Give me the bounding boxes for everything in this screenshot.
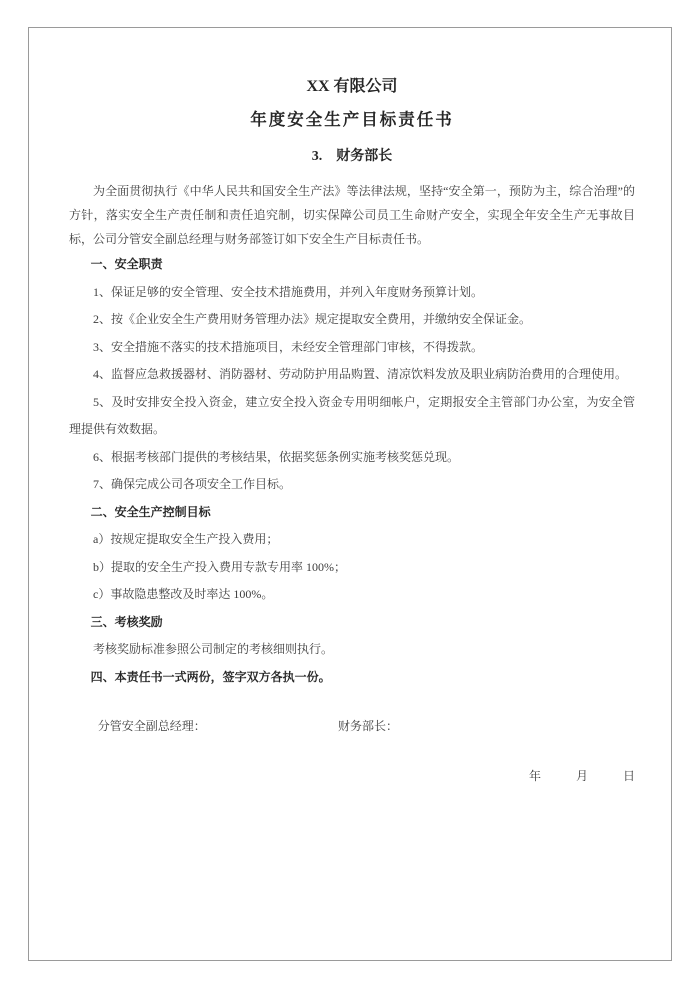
- duty-item: 5、及时安排安全投入资金，建立安全投入资金专用明细帐户，定期报安全主管部门办公室…: [69, 389, 635, 444]
- part2-heading: 二、安全生产控制目标: [69, 499, 635, 527]
- date-month-label: 月: [576, 769, 588, 783]
- part3-body: 考核奖励标准参照公司制定的考核细则执行。: [69, 636, 635, 664]
- intro-paragraph: 为全面贯彻执行《中华人民共和国安全生产法》等法律法规，坚持“安全第一，预防为主，…: [69, 180, 635, 251]
- company-name-title: XX 有限公司: [69, 77, 635, 96]
- part1-heading: 一、安全职责: [69, 251, 635, 279]
- section-number-heading: 3. 财务部长: [69, 148, 635, 165]
- document-content: XX 有限公司 年度安全生产目标责任书 3. 财务部长 为全面贯彻执行《中华人民…: [69, 77, 635, 790]
- duty-item: 3、安全措施不落实的技术措施项目，未经安全管理部门审核，不得拨款。: [69, 334, 635, 362]
- duty-item: 4、监督应急救援器材、消防器材、劳动防护用品购置、清凉饮料发放及职业病防治费用的…: [69, 361, 635, 389]
- date-day-label: 日: [623, 769, 635, 783]
- part4-heading: 四、本责任书一式两份，签字双方各执一份。: [69, 664, 635, 692]
- signature-left-label: 分管安全副总经理：: [98, 719, 206, 733]
- document-title: 年度安全生产目标责任书: [69, 109, 635, 130]
- date-year-label: 年: [529, 769, 541, 783]
- duty-item: 7、确保完成公司各项安全工作目标。: [69, 471, 635, 499]
- control-target-item: c）事故隐患整改及时率达 100%。: [69, 581, 635, 609]
- control-target-item: b）提取的安全生产投入费用专款专用率 100%；: [69, 554, 635, 582]
- signature-row: 分管安全副总经理： 财务部长：: [69, 713, 635, 741]
- signature-right-label: 财务部长：: [338, 713, 398, 741]
- date-line: 年 月 日: [69, 763, 635, 791]
- document-page: XX 有限公司 年度安全生产目标责任书 3. 财务部长 为全面贯彻执行《中华人民…: [28, 27, 672, 961]
- duty-item: 6、根据考核部门提供的考核结果，依据奖惩条例实施考核奖惩兑现。: [69, 444, 635, 472]
- part3-heading: 三、考核奖励: [69, 609, 635, 637]
- control-target-item: a）按规定提取安全生产投入费用；: [69, 526, 635, 554]
- duty-item: 1、保证足够的安全管理、安全技术措施费用，并列入年度财务预算计划。: [69, 279, 635, 307]
- duty-item: 2、按《企业安全生产费用财务管理办法》规定提取安全费用，并缴纳安全保证金。: [69, 306, 635, 334]
